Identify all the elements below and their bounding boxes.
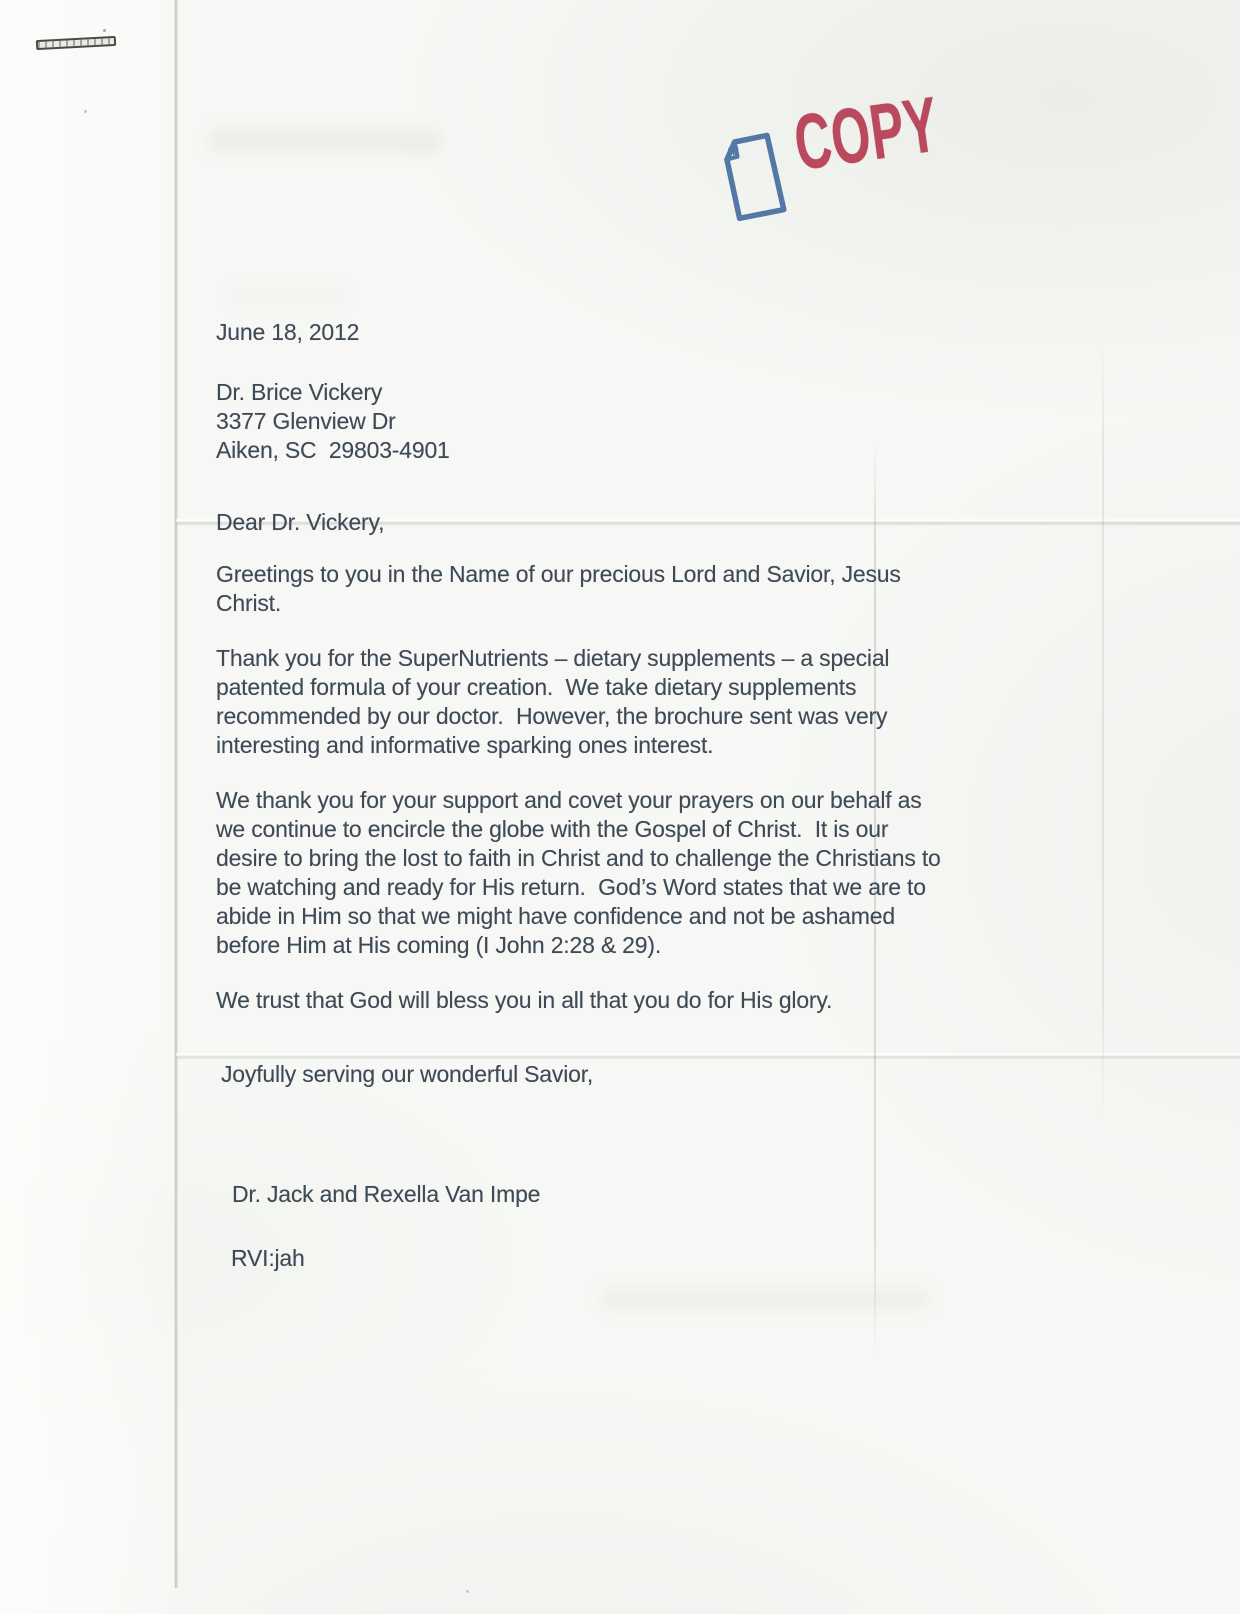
typist-initials: RVI:jah: [231, 1244, 305, 1273]
text-line: Aiken, SC 29803-4901: [216, 436, 450, 465]
text-line: abide in Him so that we might have confi…: [216, 902, 941, 931]
letter-paragraph: Thank you for the SuperNutrients – dieta…: [216, 644, 941, 760]
text-line: before Him at His coming (I John 2:28 & …: [216, 931, 941, 960]
text-line: interesting and informative sparking one…: [216, 731, 941, 760]
text-line: recommended by our doctor. However, the …: [216, 702, 941, 731]
text-line: desire to bring the lost to faith in Chr…: [216, 844, 941, 873]
recipient-address: Dr. Brice Vickery3377 Glenview DrAiken, …: [216, 378, 450, 465]
text-line: We trust that God will bless you in all …: [216, 986, 941, 1015]
paper-fold-line: [176, 1052, 1240, 1060]
scan-smudge: [600, 1288, 930, 1310]
text-line: Christ.: [216, 589, 941, 618]
text-line: Thank you for the SuperNutrients – dieta…: [216, 644, 941, 673]
paper-crease: [1102, 340, 1104, 1120]
copy-stamp: COPY: [687, 67, 995, 256]
signature-name: Dr. Jack and Rexella Van Impe: [232, 1180, 540, 1209]
letter-body: Greetings to you in the Name of our prec…: [216, 560, 941, 1041]
text-line: we continue to encircle the globe with t…: [216, 815, 941, 844]
scan-smudge: [208, 128, 443, 154]
letter-paragraph: We thank you for your support and covet …: [216, 786, 941, 960]
closing-line: Joyfully serving our wonderful Savior,: [221, 1060, 593, 1089]
scan-smudge: [228, 288, 348, 304]
scan-speck: [466, 1590, 469, 1593]
text-line: Greetings to you in the Name of our prec…: [216, 560, 941, 589]
text-line: Dr. Brice Vickery: [216, 378, 450, 407]
letter-paragraph: We trust that God will bless you in all …: [216, 986, 941, 1015]
text-line: We thank you for your support and covet …: [216, 786, 941, 815]
letter-date: June 18, 2012: [216, 318, 359, 347]
copy-document-icon: [711, 126, 796, 229]
letter-paragraph: Greetings to you in the Name of our prec…: [216, 560, 941, 618]
text-line: be watching and ready for His return. Go…: [216, 873, 941, 902]
scanned-letter-screenshot: { "page": { "paper_color": "#f7f8f5", "i…: [0, 0, 1240, 1614]
letter-page: COPY June 18, 2012 Dr. Brice Vickery3377…: [0, 0, 1240, 1614]
scan-left-margin: [0, 0, 174, 1614]
scan-speck: [84, 110, 87, 113]
salutation: Dear Dr. Vickery,: [216, 508, 384, 537]
scan-speck: [103, 29, 106, 32]
scan-crease-vertical: [174, 0, 178, 1588]
copy-stamp-label: COPY: [790, 85, 943, 182]
text-line: 3377 Glenview Dr: [216, 407, 450, 436]
text-line: patented formula of your creation. We ta…: [216, 673, 941, 702]
